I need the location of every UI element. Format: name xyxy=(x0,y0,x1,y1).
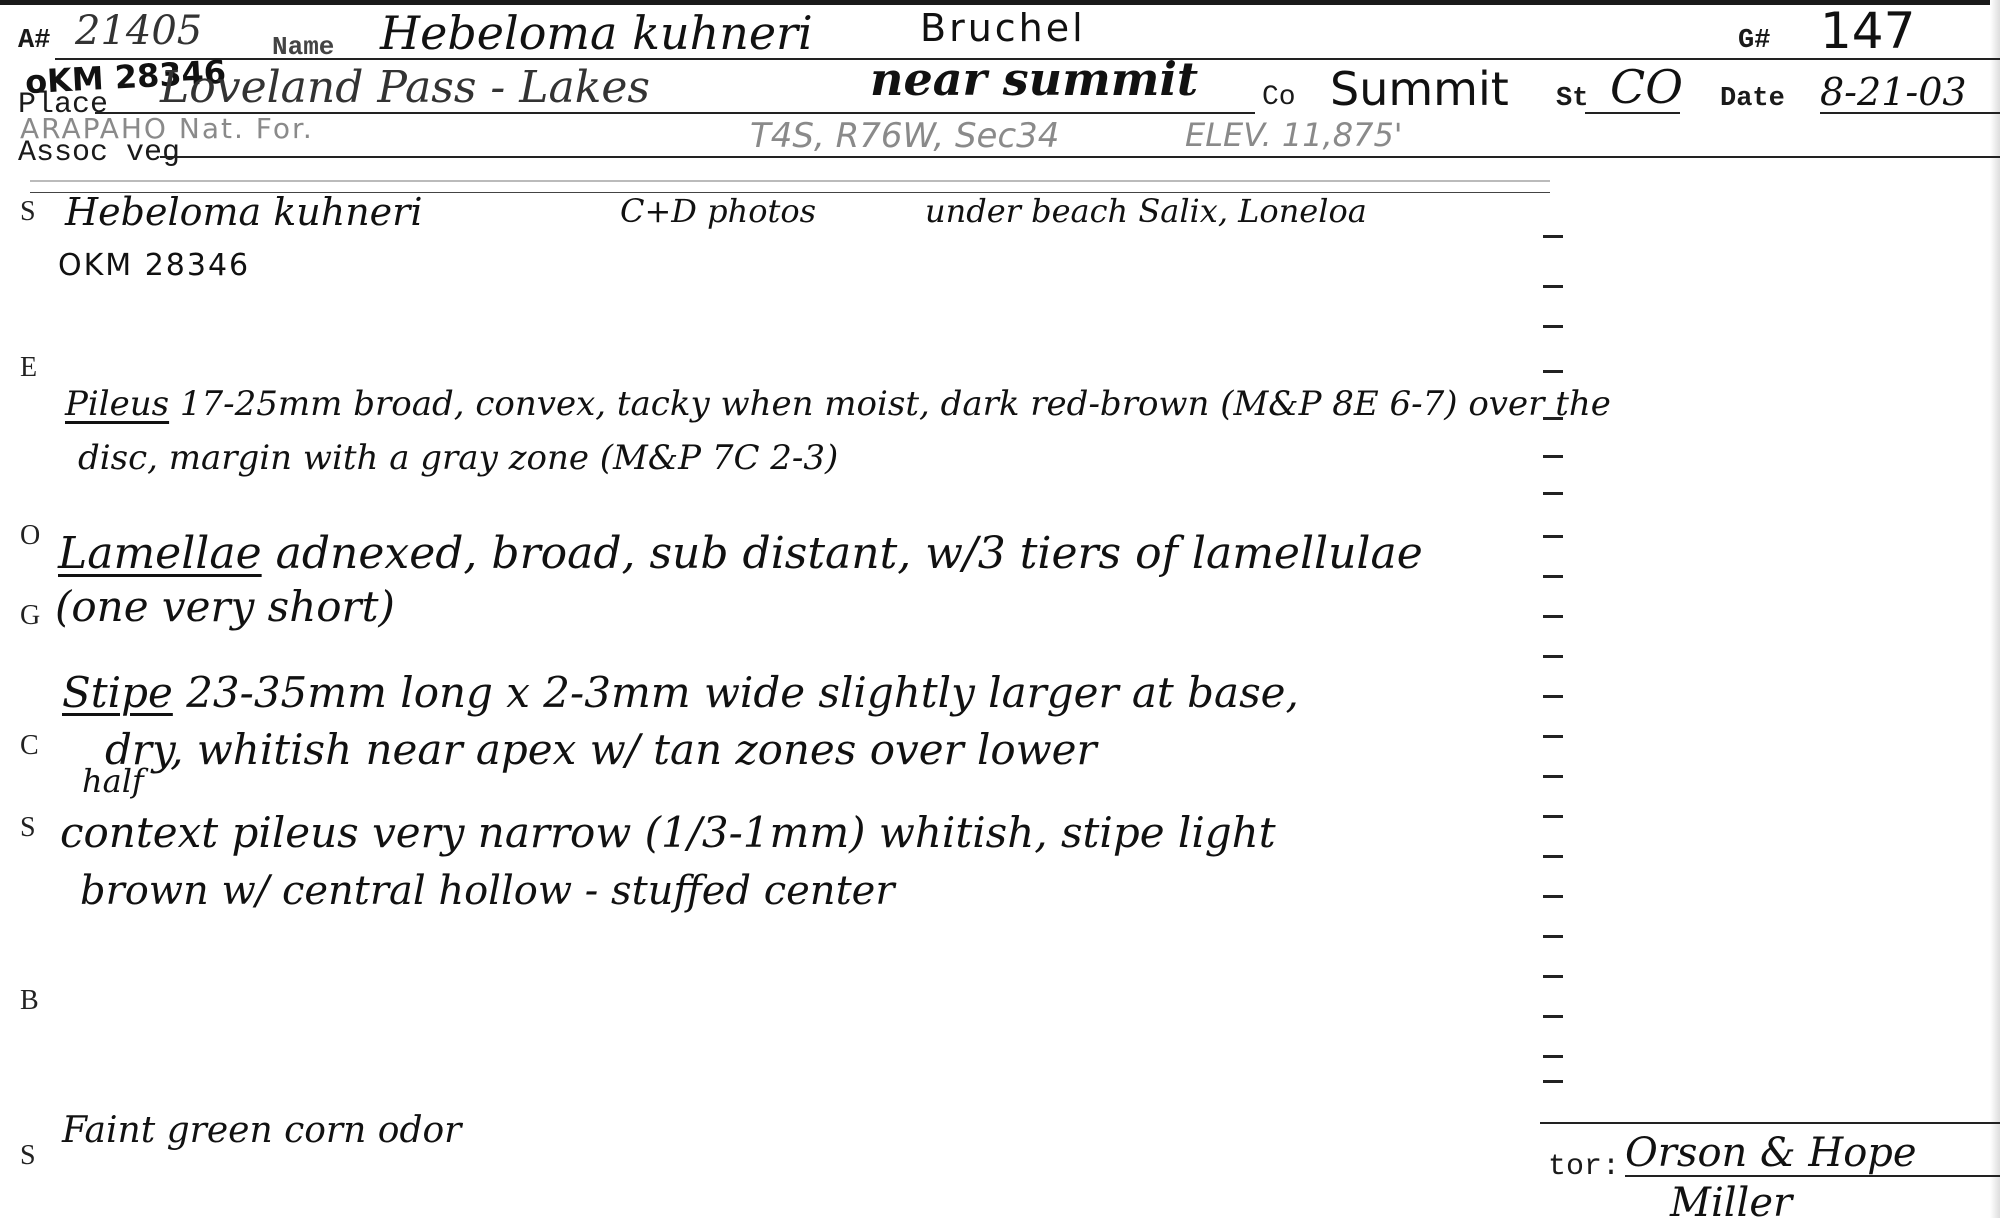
place-value-2: near summit xyxy=(870,52,1198,106)
lamellae-text-1: adnexed, broad, sub distant, w/3 tiers o… xyxy=(276,528,1423,579)
pileus-text-1: 17-25mm broad, convex, tacky when moist,… xyxy=(180,384,1611,424)
date-value: 8-21-03 xyxy=(1820,70,1967,114)
pileus-heading: Pileus xyxy=(65,384,169,424)
pileus-line-2: disc, margin with a gray zone (M&P 7C 2-… xyxy=(78,438,838,478)
row-letter-e: E xyxy=(20,352,37,384)
accession-value: 21405 xyxy=(75,8,202,54)
date-label: Date xyxy=(1720,84,1785,114)
name-value: Hebeloma kuhneri xyxy=(380,6,813,60)
date-rule xyxy=(1820,112,2000,114)
card-edge-shadow xyxy=(1990,0,2000,1218)
pileus-line-1: Pileus 17-25mm broad, convex, tacky when… xyxy=(65,384,1611,424)
state-rule xyxy=(1585,112,1680,114)
elevation-note: ELEV. 11,875' xyxy=(1185,116,1403,154)
row-letter-s1: S xyxy=(20,196,36,228)
collector-rule xyxy=(1625,1175,2000,1177)
stipe-line-2: dry, whitish near apex w/ tan zones over… xyxy=(105,725,1097,774)
lamellae-line-2: (one very short) xyxy=(55,582,395,631)
stipe-heading: Stipe xyxy=(62,668,173,717)
row-letter-b: B xyxy=(20,985,39,1017)
gnum-label: G# xyxy=(1738,26,1770,56)
county-label: Co xyxy=(1262,82,1296,113)
card-top-border xyxy=(0,0,2000,5)
gnum-value: 147 xyxy=(1820,2,1915,60)
place-value: Loveland Pass - Lakes xyxy=(160,62,650,113)
row-letter-g: G xyxy=(20,600,40,632)
collector-top-rule xyxy=(1540,1122,2000,1124)
body-top-rule xyxy=(30,180,1550,182)
row-letter-s2: S xyxy=(20,812,36,844)
stipe-line-1: Stipe 23-35mm long x 2-3mm wide slightly… xyxy=(62,668,1299,717)
photos-note: C+D photos xyxy=(620,192,816,230)
collector-label: tor: xyxy=(1548,1150,1620,1184)
row-letter-c: C xyxy=(20,730,39,762)
name-author: Bruchel xyxy=(920,6,1086,50)
stipe-line-3: half xyxy=(82,762,144,800)
state-label: St xyxy=(1556,84,1588,114)
township-note: T4S, R76W, Sec34 xyxy=(750,116,1059,156)
collector-value: Orson & Hope xyxy=(1625,1130,1917,1176)
lamellae-heading: Lamellae xyxy=(58,528,262,579)
row-letter-s3: S xyxy=(20,1140,36,1172)
row-letter-o: O xyxy=(20,520,40,552)
county-value: Summit xyxy=(1330,62,1509,116)
lamellae-line-1: Lamellae adnexed, broad, sub distant, w/… xyxy=(58,528,1423,579)
species-note: Hebeloma kuhneri xyxy=(65,190,423,234)
context-line-2: brown w/ central hollow - stuffed center xyxy=(80,868,894,914)
state-value: CO xyxy=(1610,60,1683,114)
species-okm-note: OKM 28346 xyxy=(58,248,250,283)
context-line-1: context pileus very narrow (1/3-1mm) whi… xyxy=(60,808,1276,857)
assoc-rule xyxy=(160,156,2000,158)
habitat-note: under beach Salix, Loneloa xyxy=(925,192,1367,230)
stipe-text-1: 23-35mm long x 2-3mm wide slightly large… xyxy=(186,668,1299,717)
accession-label: A# xyxy=(18,26,50,56)
assoc-veg-label: Assoc veg xyxy=(18,136,180,170)
odor-note: Faint green corn odor xyxy=(62,1110,461,1151)
collector-value-2: Miller xyxy=(1670,1180,1792,1218)
